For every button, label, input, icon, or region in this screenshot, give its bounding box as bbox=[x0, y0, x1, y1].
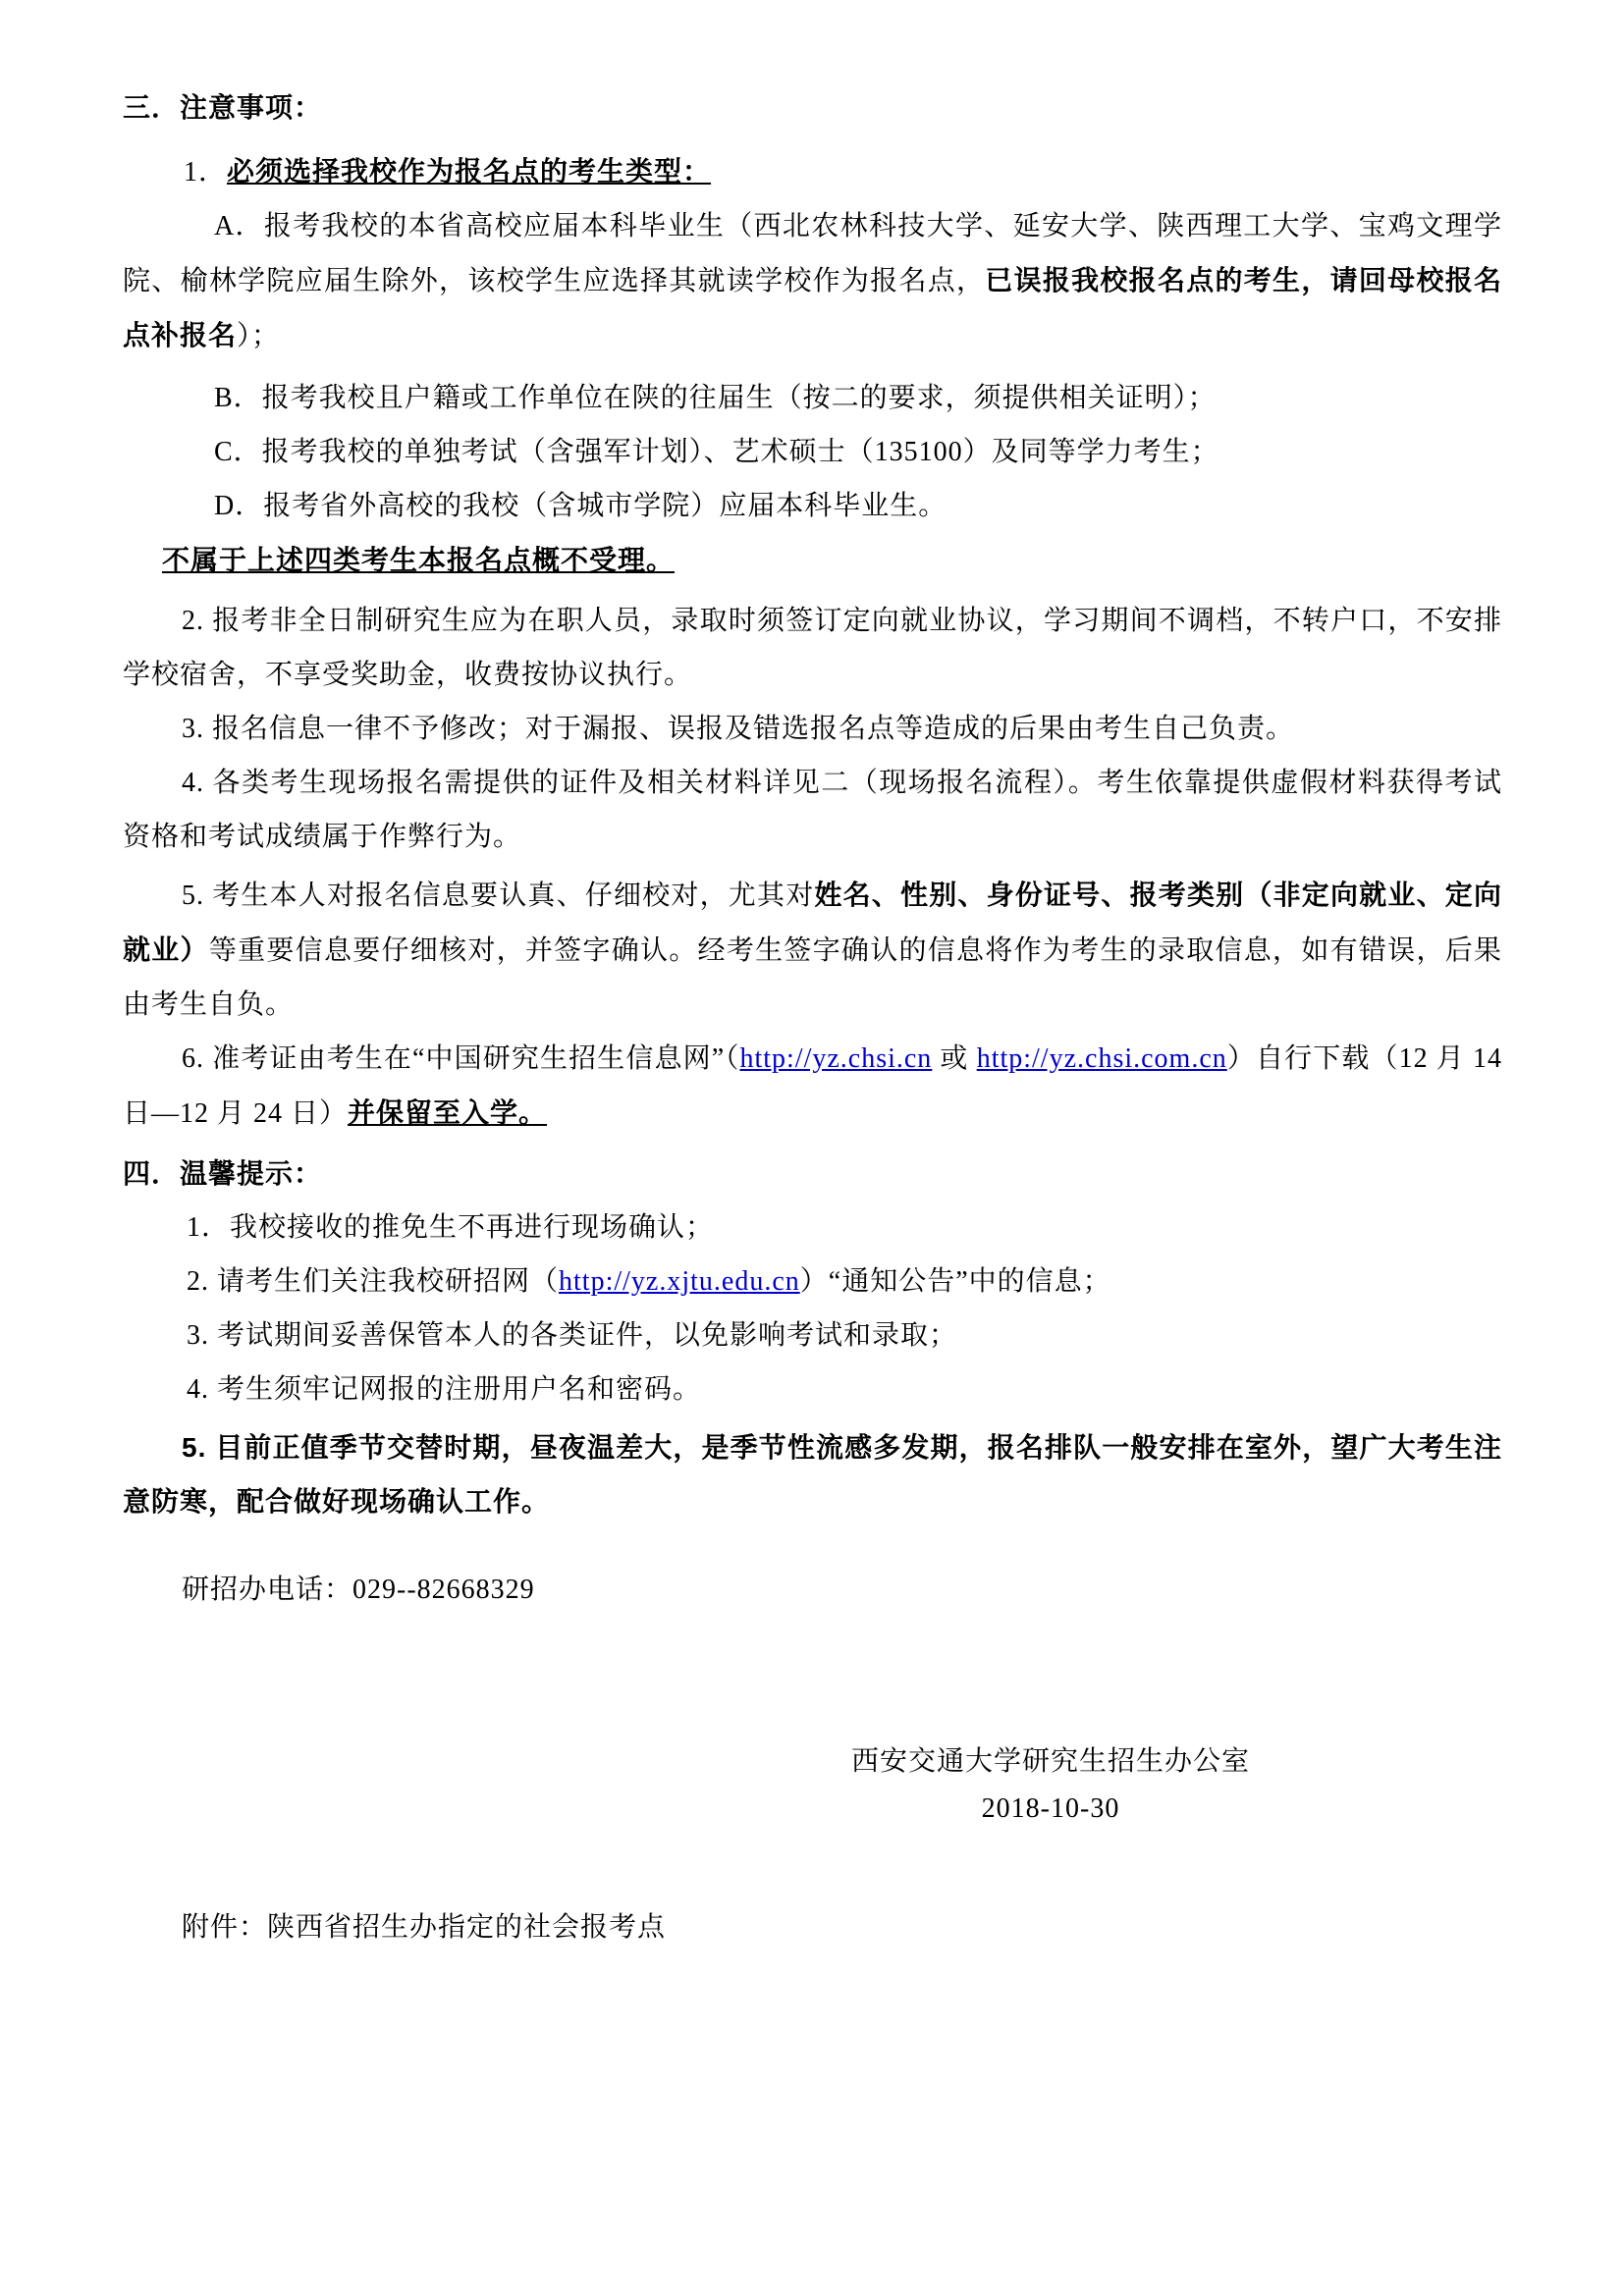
signature-date: 2018-10-30 bbox=[839, 1789, 1262, 1830]
s3-item-6-text: 6. 准考证由考生在“中国研究生招生信息网”（ bbox=[182, 1043, 739, 1074]
chsi-cn-link[interactable]: http://yz.chsi.cn bbox=[739, 1043, 932, 1074]
s3-item-1-number: 1． bbox=[184, 157, 227, 187]
xjtu-yz-link[interactable]: http://yz.xjtu.edu.cn bbox=[559, 1266, 800, 1297]
section-4-heading: 四．温馨提示： bbox=[123, 1147, 1502, 1201]
s4-item-1: 1．我校接收的推免生不再进行现场确认； bbox=[123, 1201, 1502, 1255]
s4-item-4: 4. 考生须牢记网报的注册用户名和密码。 bbox=[123, 1362, 1502, 1416]
s3-item-6: 6. 准考证由考生在“中国研究生招生信息网”（http://yz.chsi.cn… bbox=[123, 1032, 1502, 1141]
s3-item-1: 1．必须选择我校作为报名点的考生类型： bbox=[123, 144, 1502, 199]
attachment-note: 附件：陕西省招生办指定的社会报考点 bbox=[123, 1900, 1502, 1954]
s4-item-2-end: ）“通知公告”中的信息； bbox=[800, 1266, 1111, 1297]
s3-item-d: D．报考省外高校的我校（含城市学院）应届本科毕业生。 bbox=[123, 479, 1502, 533]
chsi-com-cn-link[interactable]: http://yz.chsi.com.cn bbox=[977, 1043, 1227, 1074]
s3-item-a: A．报考我校的本省高校应届本科毕业生（西北农林科技大学、延安大学、陕西理工大学、… bbox=[123, 199, 1502, 363]
s3-item-3: 3. 报名信息一律不予修改；对于漏报、误报及错选报名点等造成的后果由考生自己负责… bbox=[123, 702, 1502, 756]
s4-item-2-text: 2. 请考生们关注我校研招网（ bbox=[187, 1266, 559, 1297]
document-page: 三．注意事项： 1．必须选择我校作为报名点的考生类型： A．报考我校的本省高校应… bbox=[0, 0, 1624, 2296]
s4-item-2: 2. 请考生们关注我校研招网（http://yz.xjtu.edu.cn）“通知… bbox=[123, 1255, 1502, 1308]
s3-item-5-text: 5. 考生本人对报名信息要认真、仔细校对，尤其对 bbox=[182, 881, 814, 911]
section-3-heading: 三．注意事项： bbox=[123, 80, 1502, 134]
s3-item-c: C．报考我校的单独考试（含强军计划）、艺术硕士（135100）及同等学力考生； bbox=[123, 425, 1502, 479]
s3-item-6-or: 或 bbox=[932, 1043, 976, 1074]
s3-item-5: 5. 考生本人对报名信息要认真、仔细校对，尤其对姓名、性别、身份证号、报考类别（… bbox=[123, 868, 1502, 1032]
s4-item-5-weather-notice: 5. 目前正值季节交替时期，昼夜温差大，是季节性流感多发期，报名排队一般安排在室… bbox=[123, 1420, 1502, 1528]
phone-line: 研招办电话：029--82668329 bbox=[123, 1563, 1502, 1617]
signature-org: 西安交通大学研究生招生办公室 bbox=[839, 1735, 1262, 1789]
s3-item-5-end: 等重要信息要仔细核对，并签字确认。经考生签字确认的信息将作为考生的录取信息，如有… bbox=[123, 935, 1502, 1020]
s3-item-4: 4. 各类考生现场报名需提供的证件及相关材料详见二（现场报名流程）。考生依靠提供… bbox=[123, 756, 1502, 864]
s3-rejection-notice-text: 不属于上述四类考生本报名点概不受理。 bbox=[162, 545, 675, 575]
s3-item-6-keep-notice: 并保留至入学。 bbox=[348, 1097, 547, 1128]
s3-rejection-notice: 不属于上述四类考生本报名点概不受理。 bbox=[123, 533, 1502, 588]
s3-item-b: B．报考我校且户籍或工作单位在陕的往届生（按二的要求，须提供相关证明）； bbox=[123, 371, 1502, 425]
signature-block: 西安交通大学研究生招生办公室 2018-10-30 bbox=[839, 1735, 1262, 1830]
s4-item-3: 3. 考试期间妥善保管本人的各类证件，以免影响考试和录取； bbox=[123, 1308, 1502, 1362]
s3-item-2: 2. 报考非全日制研究生应为在职人员，录取时须签订定向就业协议，学习期间不调档，… bbox=[123, 594, 1502, 702]
s3-item-a-end: ）； bbox=[237, 321, 280, 351]
s3-item-1-label: 必须选择我校作为报名点的考生类型： bbox=[227, 156, 711, 187]
